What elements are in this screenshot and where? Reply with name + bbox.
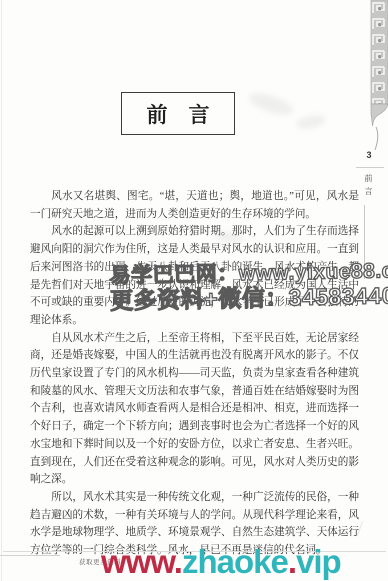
page-number: 3	[356, 150, 382, 160]
paragraph: 风水又名堪舆、图宅。“堪，天道也；舆，地道也。”可见，风水是一门研究天地之道，进…	[30, 188, 359, 223]
page-curl-mark	[357, 521, 376, 541]
scan-smudge	[295, 113, 327, 131]
watermark-wechat-line: 更多资料+微信：3458344044	[110, 283, 388, 313]
chapter-title: 前 言	[147, 99, 210, 129]
folio-divider	[356, 167, 384, 168]
footer-url-tld: vip	[296, 543, 341, 580]
scanned-book-page: 3 前言 前 言 风水又名堪舆、图宅。“堪，天道也；舆，地道也。”可见，风水是一…	[0, 0, 388, 581]
footer-url-dot: .	[288, 543, 296, 580]
footer-watermark-url: www.zhaoke.vip	[101, 543, 341, 581]
watermark-overlay: 易学巴巴网：www.yixue88.cn 更多资料+微信：3458344044	[110, 258, 388, 313]
page-left-edge-line	[1, 0, 2, 581]
margin-chapter-label: 前言	[363, 174, 374, 200]
footer-url-www: www.	[101, 543, 182, 580]
fret-border-ornament	[370, 0, 388, 152]
bottom-scan-line-short	[0, 555, 60, 556]
footer-url-name: zhaoke	[182, 543, 288, 580]
preface-body: 风水又名堪舆、图宅。“堪，天道也；舆，地道也。”可见，风水是一门研究天地之道，进…	[30, 188, 359, 560]
scan-smudge	[247, 89, 296, 118]
chapter-title-box: 前 言	[121, 92, 235, 135]
paragraph: 自从风水术产生之后，上至帝王将相，下至平民百姓，无论居家经商，还是婚丧嫁娶，中国…	[30, 330, 359, 489]
